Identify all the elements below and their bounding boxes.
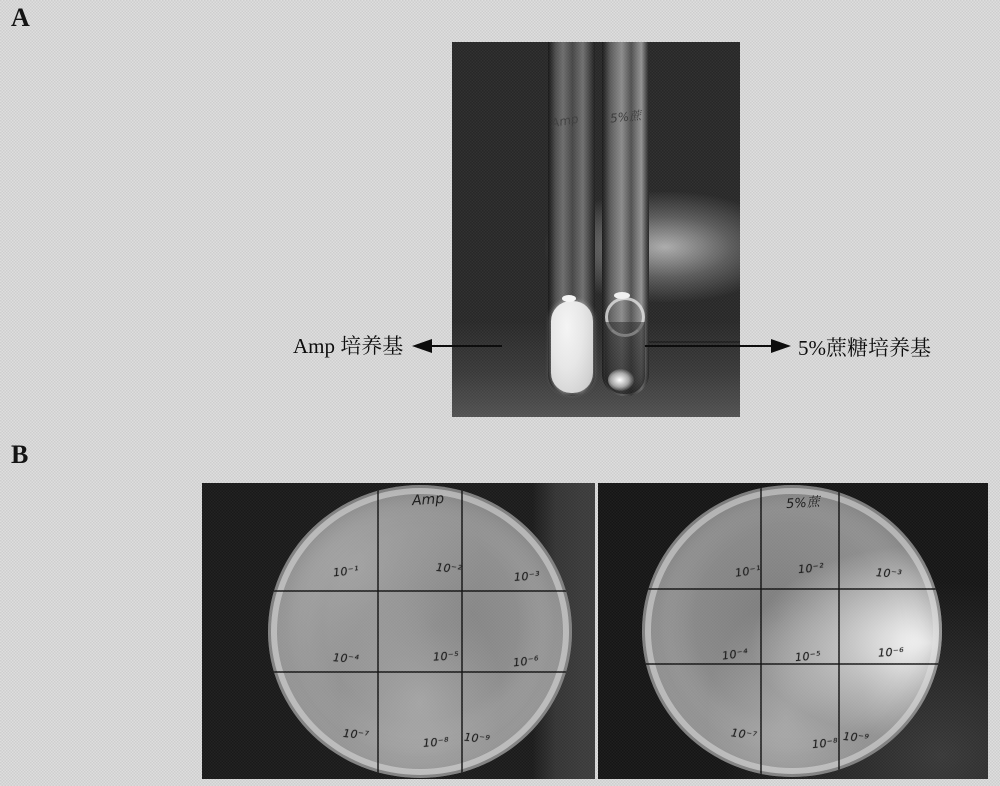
plate-title-handwriting: Amp <box>411 491 444 509</box>
tube-right-handwriting: 5%蔗 <box>609 106 642 126</box>
panel-b-right-photo: 5%蔗 10⁻¹ 10⁻² 10⁻³ 10⁻⁴ 10⁻⁵ 10⁻⁶ 10⁻⁷ 1… <box>598 483 988 779</box>
grid-line-vertical <box>461 485 463 778</box>
grid-line-horizontal <box>642 588 942 590</box>
glass-glint <box>562 295 576 302</box>
dilution-label: 10⁻⁵ <box>433 649 460 663</box>
left-arrow-head-icon <box>412 339 432 353</box>
grid-line-horizontal <box>268 590 572 592</box>
panel-a-photo: Amp 5%蔗 <box>452 42 740 417</box>
grid-line-horizontal <box>642 663 942 665</box>
amp-medium-label: Amp 培养基 <box>293 330 403 360</box>
grid-line-vertical <box>377 485 379 778</box>
dilution-label: 10⁻⁹ <box>842 730 869 745</box>
dilution-label: 10⁻³ <box>876 566 903 581</box>
dilution-label: 10⁻³ <box>514 569 541 584</box>
grid-line-vertical <box>838 485 840 777</box>
panel-b-left-photo: Amp 10⁻¹ 10⁻² 10⁻³ 10⁻⁴ 10⁻⁵ 10⁻⁶ 10⁻⁷ 1… <box>202 483 595 779</box>
dilution-label: 10⁻⁷ <box>730 726 758 743</box>
panel-b-label: B <box>11 442 28 468</box>
dilution-label: 10⁻⁵ <box>794 649 821 664</box>
plate-title-handwriting: 5%蔗 <box>785 491 820 512</box>
panel-a-label: A <box>11 5 30 31</box>
grid-line-vertical <box>760 485 762 777</box>
petri-dish-sucrose: 5%蔗 10⁻¹ 10⁻² 10⁻³ 10⁻⁴ 10⁻⁵ 10⁻⁶ 10⁻⁷ 1… <box>642 485 942 777</box>
grid-line-horizontal <box>268 671 572 673</box>
glass-glint <box>614 292 630 299</box>
left-arrow-line <box>430 345 502 347</box>
dilution-label: 10⁻⁸ <box>423 735 450 750</box>
dilution-label: 10⁻⁷ <box>342 727 369 742</box>
dilution-label: 10⁻⁸ <box>811 736 838 751</box>
right-arrow-line <box>645 345 773 347</box>
dilution-label: 10⁻¹ <box>332 564 359 580</box>
tabletop-surface <box>452 322 740 417</box>
dilution-label: 10⁻¹ <box>734 563 762 580</box>
petri-dish-amp: Amp 10⁻¹ 10⁻² 10⁻³ 10⁻⁴ 10⁻⁵ 10⁻⁶ 10⁻⁷ 1… <box>268 485 572 778</box>
sucrose-medium-label: 5%蔗糖培养基 <box>798 332 931 362</box>
dilution-label: 10⁻⁶ <box>878 645 905 659</box>
dilution-label: 10⁻⁶ <box>512 654 539 670</box>
dilution-label: 10⁻² <box>435 561 462 576</box>
right-arrow-head-icon <box>771 339 791 353</box>
dilution-label: 10⁻² <box>797 561 824 576</box>
dilution-label: 10⁻⁹ <box>463 731 490 747</box>
amp-medium-growth <box>551 301 593 393</box>
liquid-highlight <box>608 369 634 391</box>
dilution-label: 10⁻⁴ <box>333 651 360 666</box>
dilution-label: 10⁻⁴ <box>721 646 749 662</box>
